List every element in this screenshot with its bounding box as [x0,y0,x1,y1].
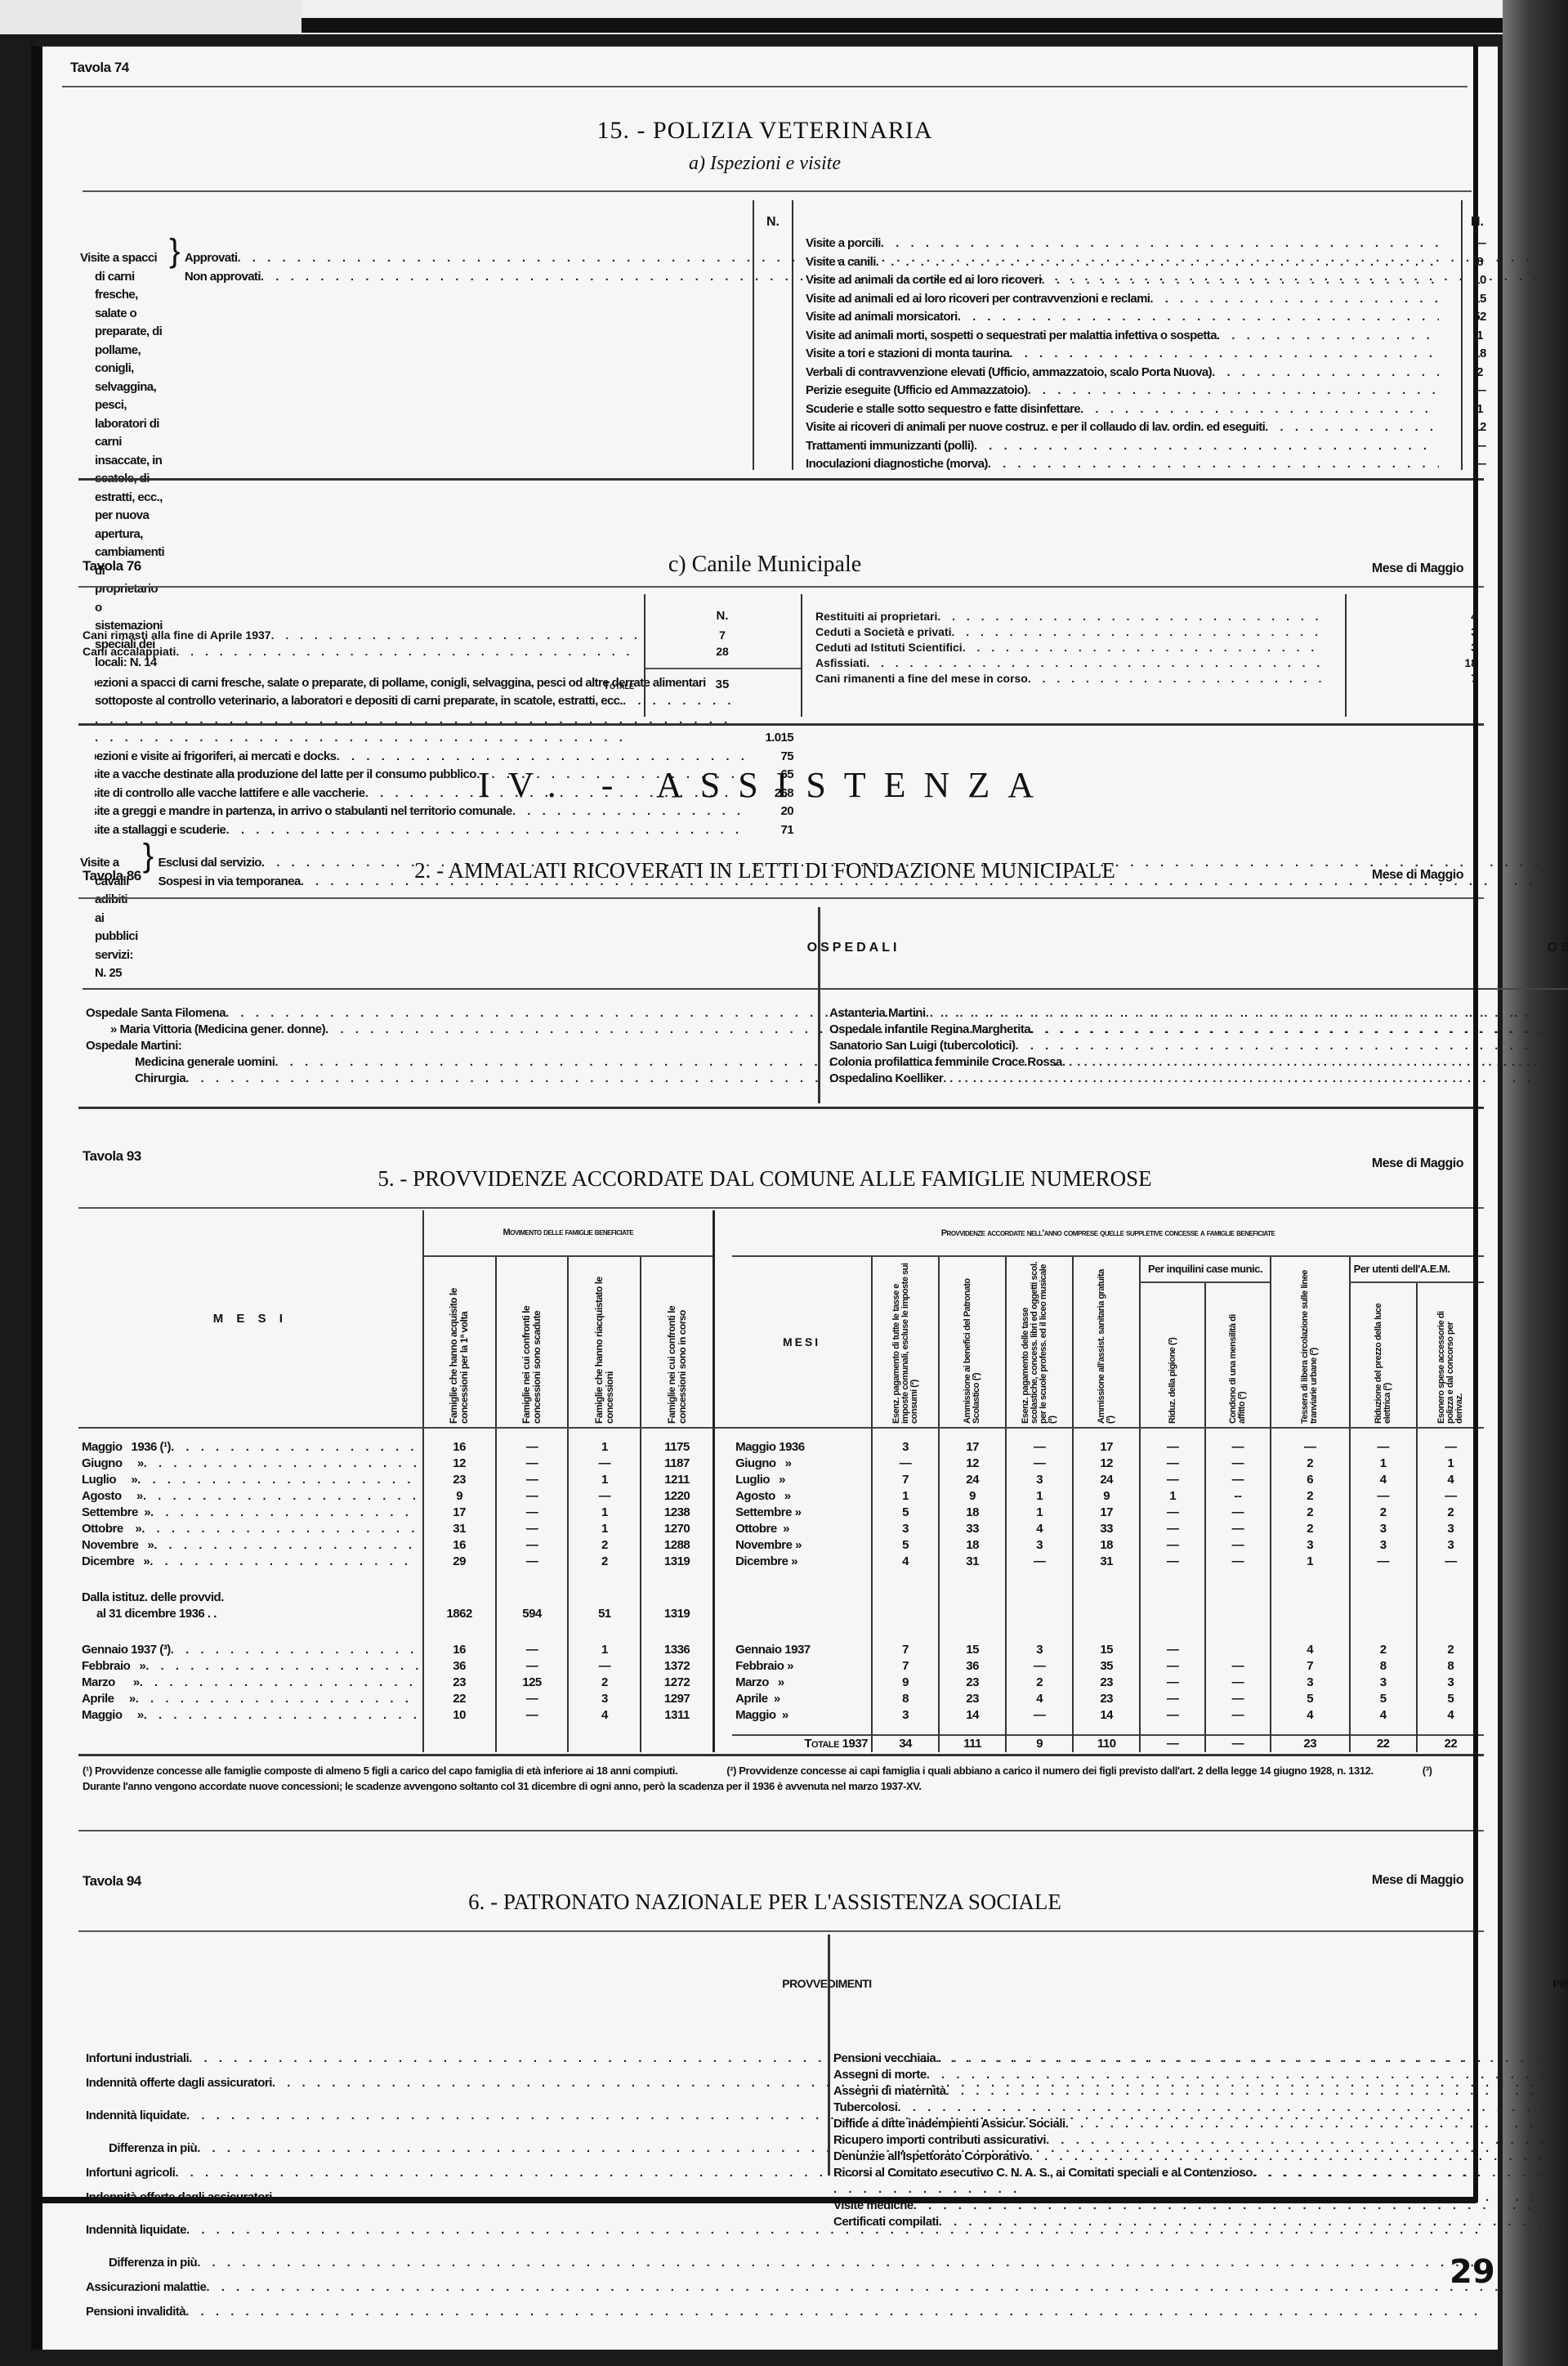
month-label: Mese di Maggio [1372,868,1463,883]
month-cell: Gennaio 1937 [732,1642,872,1658]
extra-row-cell: Certificati compilati» 807 [830,2214,1568,2230]
row-value: 18 [1355,655,1477,671]
spacer-cell [732,1724,872,1735]
divider [83,190,1472,192]
cell-value: 16 [423,1537,496,1554]
cell-value: — [496,1537,569,1554]
row-label: Visite a tori e stazioni di monta taurin… [806,345,1009,364]
col-header: Tessera di libera circolazione sulle lin… [1271,1256,1350,1428]
month-cell: Dicembre » [732,1554,872,1570]
row-label: Aprile » [82,1691,136,1707]
month-cell: Settembre » [732,1505,872,1521]
row-label: Settembre » [82,1505,150,1521]
provvidenze-table: M E S IMovimento delle famiglie benefici… [78,1210,1484,1752]
leader-dots [144,1456,419,1472]
spacer-cell [732,1428,872,1439]
row-label: Scuderie e stalle sotto sequestro e fatt… [806,400,1080,419]
col-header-text: Ammissione ai benefici del Patronato Sco… [963,1260,981,1424]
leader-dots [1028,671,1326,687]
list-item: Visite ad animali morti, sospetti o sequ… [806,327,1439,346]
row-label: Certificati compilati [833,2214,939,2230]
list-item: Scuderie e stalle sotto sequestro e fatt… [806,400,1439,419]
cell-value: 1187 [641,1456,713,1472]
list-item: Visite a tori e stazioni di monta taurin… [806,345,1439,364]
spacer-cell [732,1570,872,1590]
list-item: Visite ai ricoveri di animali per nuove … [806,418,1439,437]
cell-value: — [496,1456,569,1472]
table-row: Maggio 1936 (¹)16—11175Maggio 1936317—17… [78,1439,1484,1456]
cell-value: 33 [1073,1521,1140,1537]
spacer-cell [1006,1428,1073,1439]
divider [78,1930,1484,1932]
spacer-cell [496,1570,569,1590]
cell-value: 51 [568,1590,641,1622]
leader-row: Ceduti a Società e privati [815,624,1326,640]
cell-value: 5 [872,1505,939,1521]
leader-dots [1080,400,1439,419]
leader-dots [150,1554,418,1570]
hospitals-table-left: OSPEDALINumero dei lettiAmmalatiEntratiU… [83,907,810,1105]
leader-row: Restituiti ai proprietari [815,609,1326,624]
leader-dots [952,624,1327,640]
total-value: — [1140,1735,1205,1752]
col-header-ospedali: OSPEDALI [826,907,1568,989]
cell-value: 4 [1350,1707,1417,1724]
spacer [713,1537,732,1554]
cell-value: 3 [1271,1537,1350,1554]
row-label: Febbraio » [82,1658,145,1675]
provvedimento-name: Pensioni vecchiaia [830,2051,1568,2067]
provvedimento-name: Assegni di morte [830,2067,1568,2083]
provvedimento-name: Assegni di maternità [830,2083,1568,2100]
cell-value: 12 [939,1456,1006,1472]
list-item: Visite ad animali ed ai loro ricoveri pe… [806,290,1439,309]
row-label: Indennità liquidate [86,2108,186,2124]
leader-dots [1016,1038,1568,1054]
col-header-text: Famiglie nei cui confronti le concession… [521,1260,543,1424]
spacer-cell [1205,1428,1271,1439]
total-value: 22 [1350,1735,1417,1752]
month-cell: Ottobre » [732,1521,872,1537]
leader-dots [137,1472,419,1488]
month-cell: Febbraio » [732,1658,872,1675]
col-divider [818,907,820,1103]
row-label: Infortuni industriali [86,2051,189,2067]
cell-value: 1 [1140,1488,1205,1505]
cell-value: — [1006,1554,1073,1570]
table-row: Astanteria MartiniIllimitato—— [826,1005,1568,1022]
empty [872,1590,939,1622]
row-label: Visite ad animali da cortile ed ai loro … [806,271,1042,290]
leader-dots [176,643,638,660]
spacer-cell [496,1724,569,1735]
hospital-name: Ospedale infantile Regina Margherita [826,1022,1568,1038]
month-cell: Agosto » [78,1488,423,1505]
total-label: Totale [503,679,634,691]
tavola-label: Tavola 93 [83,1148,141,1165]
row-value: 7 [1355,671,1477,687]
cell-value: — [1006,1658,1073,1675]
cell-value: 3 [872,1521,939,1537]
row-label: Verbali di contravvenzione elevati (Uffi… [806,364,1212,382]
row-label-wrap: Differenza in più [86,2255,1568,2271]
cell-value: 36 [939,1658,1006,1675]
cell-value: 4 [1350,1472,1417,1488]
cell-value: — [1140,1456,1205,1472]
row-value: 28 [644,643,801,660]
month-cell: Giugno » [78,1456,423,1472]
cell-value: 16 [423,1642,496,1658]
patronato-table: PROVVEDIMENTIPratiche apertePratiche def… [830,1934,1568,2230]
provvedimento-name: Denunzie all'Ispettorato Corporativo [830,2149,1568,2165]
col-header: Riduzione del prezzo della luce elettric… [1350,1282,1417,1428]
table-row: Differenza in più———23.690,— [83,2247,1568,2279]
leader-dots [171,1439,419,1456]
cell-value: — [1205,1537,1271,1554]
row-value: 3 [1355,624,1477,640]
leader-row: Visite a canili [806,253,1439,272]
cell-value: — [1350,1488,1417,1505]
spacer-cell [1205,1570,1271,1590]
col-header-text: Riduz. della pigione (²) [1168,1293,1177,1424]
month-label: Dicembre » [82,1554,419,1570]
tavola-label: Tavola 74 [70,60,129,76]
spacer-cell [496,1622,569,1642]
leader-row: Visite a porcili [806,235,1439,253]
summary-label-2: al 31 dicembre 1936 . . [82,1606,419,1622]
month-cell: Giugno » [732,1456,872,1472]
row-label: Approvati [185,249,238,268]
section-title: 5. - PROVVIDENZE ACCORDATE DAL COMUNE AL… [62,1166,1467,1192]
month-cell: Maggio 1936 [732,1439,872,1456]
cell-value: 1220 [641,1488,713,1505]
row-label: Giugno » [82,1456,144,1472]
month-label: Ottobre » [82,1521,419,1537]
row-label-wrap: Certificati compilati» 807 [833,2214,1568,2230]
cell-value: 1 [568,1521,641,1537]
list-item: Restituiti ai proprietari4 [815,609,1326,624]
cell-value: 23 [939,1675,1006,1691]
total-value: 111 [939,1735,1006,1752]
month-cell: Marzo » [732,1675,872,1691]
spacer-cell [1271,1724,1350,1735]
spacer [713,1488,732,1505]
cell-value: 18 [939,1505,1006,1521]
leader-row: Cani rimasti alla fine di Aprile 1937 [83,627,638,643]
row-label: Chirurgia [135,1071,185,1087]
cell-value: 18 [939,1537,1006,1554]
row-label: Ospedale Martini: [86,1039,181,1053]
cell-value: 1175 [641,1439,713,1456]
leader-dots [876,253,1439,272]
spacer-cell [1073,1622,1140,1642]
cell-value: 1 [568,1472,641,1488]
table-row: Maggio »10—41311Maggio »314—14——444 [78,1707,1484,1724]
spacer-cell [1350,1570,1417,1590]
cell-value: 29 [423,1554,496,1570]
row-label: Cani rimasti alla fine di Aprile 1937 [83,627,271,643]
row-label-wrap: Denunzie all'Ispettorato Corporativo [833,2149,1568,2165]
cell-value: — [1140,1707,1205,1724]
cell-value: 1319 [641,1590,713,1622]
spacer [713,1456,732,1472]
col-divider [753,200,754,470]
cell-value: — [1140,1472,1205,1488]
empty [568,1735,641,1752]
col-header-text: Famiglie nei cui confronti le concession… [667,1260,688,1424]
leader-dots [958,308,1439,327]
month-cell: Aprile » [732,1691,872,1707]
cell-value: 23 [939,1691,1006,1707]
col-header-text: Esenz. pagamento delle tasse scolastiche… [1021,1260,1057,1424]
spacer-cell [1073,1570,1140,1590]
row-label: Dicembre » [82,1554,150,1570]
cell-value: 23 [423,1675,496,1691]
cell-value: — [496,1642,569,1658]
divider [78,1754,1484,1756]
leader-dots [866,655,1326,671]
row-label: Visite a stallaggi e scuderie [95,821,226,840]
row-label: Indennità liquidate [86,2222,186,2239]
spacer-cell [78,1428,423,1439]
leader-dots [154,1537,418,1554]
spacer-cell [872,1570,939,1590]
col-n-header: N. [644,609,801,623]
cell-value: — [496,1505,569,1521]
cell-value: 1 [1006,1505,1073,1521]
row-label: Colonia profilattica femminile Croce Ros… [829,1054,1062,1071]
cell-value: — [1140,1658,1205,1675]
col-group-provvidenze: Provvidenze accordate nell'anno comprese… [732,1210,1484,1256]
total-rule [646,668,801,669]
cell-value: 7 [1271,1658,1350,1675]
row-label: Infortuni agricoli [86,2165,175,2181]
leader-dots [1042,271,1439,290]
row-label: Diffide a ditte inadempienti Assicur. So… [833,2116,1065,2132]
row-label-wrap: Ospedale infantile Regina Margherita [829,1022,1568,1038]
col-group-movimento: Movimento delle famiglie beneficiate [423,1210,714,1256]
spacer-cell [78,1622,423,1642]
spacer [713,1505,732,1521]
divider [62,86,1467,87]
month-cell: Settembre » [78,1505,423,1521]
spacer-cell [713,1724,732,1735]
list-item: Visite ad animali morsicatori52 [806,308,1439,327]
month-label: Maggio 1936 (¹) [82,1439,419,1456]
cell-value: 5 [1350,1691,1417,1707]
row-label: Medicina generale uomini [135,1054,275,1071]
leader-dots [1217,327,1439,346]
row-label: Ospedalino Koelliker [829,1071,943,1087]
table-row: Settembre »17—11238Settembre »518117——22… [78,1505,1484,1521]
cell-value: 1 [568,1439,641,1456]
total-row: Totale 1937341119110——232222 [78,1735,1484,1752]
leader-dots [140,1675,419,1691]
row-value: — [1466,382,1494,400]
hospital-name: Ospedalino Koelliker [826,1071,1568,1087]
row-label: Cani rimanenti a fine del mese in corso [815,671,1028,687]
cell-value: 14 [939,1707,1006,1724]
col-header: Famiglie che hanno riacquistato le conce… [568,1256,641,1428]
row-label: Assegni di morte [833,2067,927,2083]
list-item: Trattamenti immunizzanti (polli)— [806,437,1439,456]
spacer-cell [732,1622,872,1642]
cell-value: 1238 [641,1505,713,1521]
cell-value: — [1205,1554,1271,1570]
total-value: 23 [1271,1735,1350,1752]
month-cell: Luglio » [78,1472,423,1488]
cell-value: 4 [1271,1642,1350,1658]
col-header: Ammissione all'assist. sanitaria gratuit… [1073,1256,1140,1428]
cell-value: — [1140,1537,1205,1554]
leader-row: Visite ai ricoveri di animali per nuove … [806,418,1439,437]
list-item: Ceduti a Società e privati3 [815,624,1326,640]
row-label: Visite a spacci di carni fresche, salate… [80,249,164,673]
spacer [713,1642,732,1658]
leader-dots [926,1005,1568,1022]
col-header: Esenz. pagamento di tutte le tasse e imp… [872,1256,939,1428]
row-value: — [1466,235,1494,253]
row-label: Restituiti ai proprietari [815,609,937,624]
spacer-cell [713,1622,732,1642]
patronato-table-right: PROVVEDIMENTIPratiche apertePratiche def… [830,1934,1480,2230]
cell-value: 3 [872,1707,939,1724]
spacer-cell [1350,1622,1417,1642]
cell-value: 17 [1073,1439,1140,1456]
list-item: Visite a spacci di carni fresche, salate… [80,235,746,673]
spacer-cell [939,1622,1006,1642]
total-value: 35 [644,678,801,691]
leader-dots [185,2304,1568,2320]
table-row: Assegni di maternità2524—7.200,— [830,2083,1568,2100]
col-header: Riduz. della pigione (²) [1140,1282,1205,1428]
spacer-cell [568,1570,641,1590]
col-header: Ammissione ai benefici del Patronato Sco… [939,1256,1006,1428]
cell-value: 1 [872,1488,939,1505]
row-value: — [1466,437,1494,456]
row-label: Asfissiati [815,655,866,671]
cell-value: 24 [1073,1472,1140,1488]
total-label: Totale 1937 [732,1735,872,1752]
provvedimento-name: Assicurazioni malattie [83,2279,1568,2296]
table-row: Ricorsi al Comitato esecutivo C. N. A. S… [830,2165,1568,2198]
provvedimento-name: Tubercolosi [830,2100,1568,2116]
cell-value: — [496,1521,569,1537]
col-header-mesi: M E S I [78,1210,423,1428]
footnotes: (¹) Provvidenze concesse alle famiglie c… [83,1763,1472,1794]
cell-value: — [568,1456,641,1472]
cell-value: 2 [568,1675,641,1691]
empty [1205,1590,1271,1622]
spacer [713,1521,732,1537]
leader-dots [927,2067,1568,2083]
table-row: Ospedalino Koelliker466 [826,1071,1568,1087]
cell-value: 5 [872,1537,939,1554]
cell-value: — [568,1658,641,1675]
cell-value: 9 [423,1488,496,1505]
row-value: 1 [1466,400,1494,419]
table-row: Assicurazioni malattie1044521.899,25 [83,2279,1568,2296]
provvedimento-name: Differenza in più [83,2247,1568,2279]
spacer-cell [641,1724,713,1735]
leader-dots [271,627,638,643]
cell-value: 31 [423,1521,496,1537]
list-item: Ispezioni e visite ai frigoriferi, ai me… [80,748,746,767]
row-label: Ricorsi al Comitato esecutivo C. N. A. S… [833,2166,1253,2180]
month-cell: Ottobre » [78,1521,423,1537]
leader-dots [336,748,746,767]
row-label: Trattamenti immunizzanti (polli) [806,437,974,456]
spacer-cell [423,1622,496,1642]
right-list: Visite a porcili—Visite a canili8Visite … [806,235,1500,474]
total-value: 9 [1006,1735,1073,1752]
cell-value: 1 [568,1505,641,1521]
cell-value: 2 [568,1537,641,1554]
cell-value: 1297 [641,1691,713,1707]
spacer-cell [568,1428,641,1439]
month-cell: Maggio » [732,1707,872,1724]
row-label: Visite a porcili [806,235,881,253]
cell-value: 35 [1073,1658,1140,1675]
hospital-name: Astanteria Martini [826,1005,1568,1022]
footnote: (¹) Provvidenze concesse alle famiglie c… [83,1764,677,1777]
cell-value: 1288 [641,1537,713,1554]
leader-dots [150,1505,419,1521]
leader-dots [1212,364,1439,382]
cell-value: — [1140,1554,1205,1570]
cell-value [1205,1642,1271,1658]
row-value: 71 [753,821,793,840]
spacer-cell [641,1622,713,1642]
cell-value: 2 [1271,1456,1350,1472]
cell-value: — [1205,1691,1271,1707]
leader-dots [974,437,1439,456]
cell-value: — [1205,1675,1271,1691]
cell-value: — [1140,1675,1205,1691]
divider [78,478,1484,481]
provvedimento-name: Ricorsi al Comitato esecutivo C. N. A. S… [830,2165,1568,2198]
empty [1350,1590,1417,1622]
cell-value: 33 [939,1521,1006,1537]
row-label: Marzo » [82,1675,140,1691]
spacer-cell [939,1570,1006,1590]
cell-value: 4 [872,1554,939,1570]
table-row: Ottobre »31—11270Ottobre »333433——233 [78,1521,1484,1537]
row-value: 7 [644,627,801,643]
cell-value: 2 [1350,1642,1417,1658]
empty [1006,1590,1073,1622]
month-cell: Novembre » [732,1537,872,1554]
row-label-wrap: Ispezioni e visite ai frigoriferi, ai me… [95,748,746,767]
cell-value: 31 [1073,1554,1140,1570]
table-row: Novembre »16—21288Novembre »518318——333 [78,1537,1484,1554]
month-label: Mese di Maggio [1372,1873,1463,1888]
cell-value: — [1205,1472,1271,1488]
table-row: Ospedale infantile Regina Margherita1014… [826,1022,1568,1038]
cell-value: — [1205,1505,1271,1521]
cell-value: 3 [1350,1675,1417,1691]
row-value: 1 [1466,327,1494,346]
cell-value: 23 [1073,1675,1140,1691]
cell-value: 18 [1073,1537,1140,1554]
row-value: 1.015 [753,729,793,748]
leader-dots [1030,1022,1568,1038]
spacer-cell [1271,1570,1350,1590]
row-label: Cani accalappiati [83,643,176,660]
cell-value: -- [1205,1488,1271,1505]
col-header-text: Riduzione del prezzo della luce elettric… [1374,1293,1392,1424]
hospitals-table-right: OSPEDALINumero dei lettiAmmalatiEntratiU… [826,907,1484,1105]
